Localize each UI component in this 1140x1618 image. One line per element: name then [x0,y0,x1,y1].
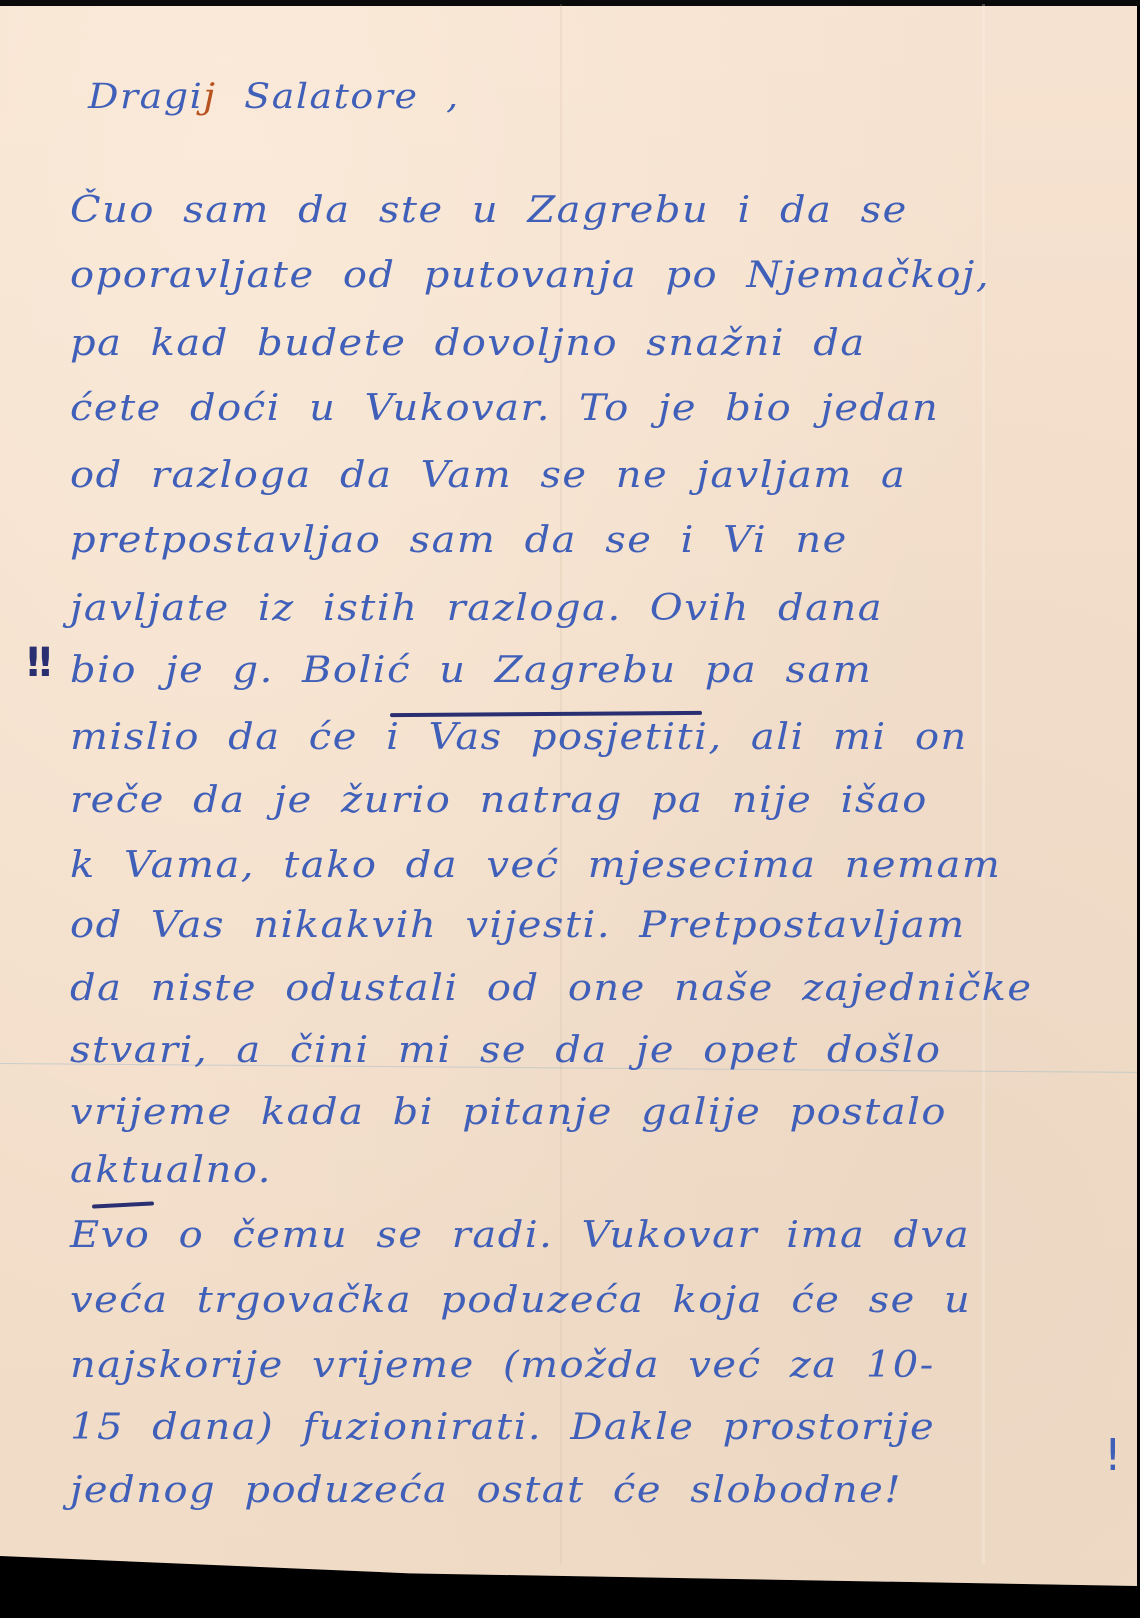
letter-line-8: bio je g. Bolić u Zagrebu pa sam [70,650,872,691]
letter-line-20: 15 dana) fuzionirati. Dakle prostorije [70,1407,935,1448]
red-ink-correction: j [203,76,216,116]
letter-line-15: vrijeme kada bi pitanje galije postalo [70,1092,947,1133]
letter-line-6: pretpostavljao sam da se i Vi ne [70,520,848,561]
letter-line-13: da niste odustali od one naše zajedničke [70,968,1033,1009]
salutation-name: Salatore [244,76,418,116]
handwritten-letter: Dragij Salatore , Čuo sam da ste u Zagre… [0,0,1140,1618]
letter-line-9: mislio da će i Vas posjetiti, ali mi on [70,717,968,758]
letter-line-12: od Vas nikakvih vijesti. Pretpostavljam [70,905,966,946]
letter-line-4: ćete doći u Vukovar. To je bio jedan [70,388,939,429]
letter-line-17: Evo o čemu se radi. Vukovar ima dva [70,1215,970,1256]
letter-line-18: veća trgovačka poduzeća koja će se u [70,1280,971,1321]
letter-line-2: oporavljate od putovanja po Njemačkoj, [70,255,990,296]
salutation-greeting: Dragi [88,76,203,116]
underline-aktualno [92,1201,154,1208]
letter-line-19: najskorije vrijeme (možda već za 10- [70,1345,935,1386]
letter-line-1: Čuo sam da ste u Zagrebu i da se [70,190,908,231]
salutation: Dragij Salatore , [88,76,460,116]
letter-line-21: jednog poduzeća ostat će slobodne! [70,1470,902,1511]
letter-line-5: od razloga da Vam se ne javljam a [70,455,906,496]
letter-line-14: stvari, a čini mi se da je opet došlo [70,1030,941,1071]
margin-exclamation-mark: !! [24,640,48,686]
salutation-comma: , [446,76,460,116]
letter-line-10: reče da je žurio natrag pa nije išao [70,780,928,821]
end-exclamation-mark: ! [1104,1430,1122,1481]
letter-line-16: aktualno. [70,1150,272,1191]
letter-line-7: javljate iz istih razloga. Ovih dana [70,588,883,629]
letter-line-11: k Vama, tako da već mjesecima nemam [70,845,1001,886]
letter-line-3: pa kad budete dovoljno snažni da [70,323,866,364]
